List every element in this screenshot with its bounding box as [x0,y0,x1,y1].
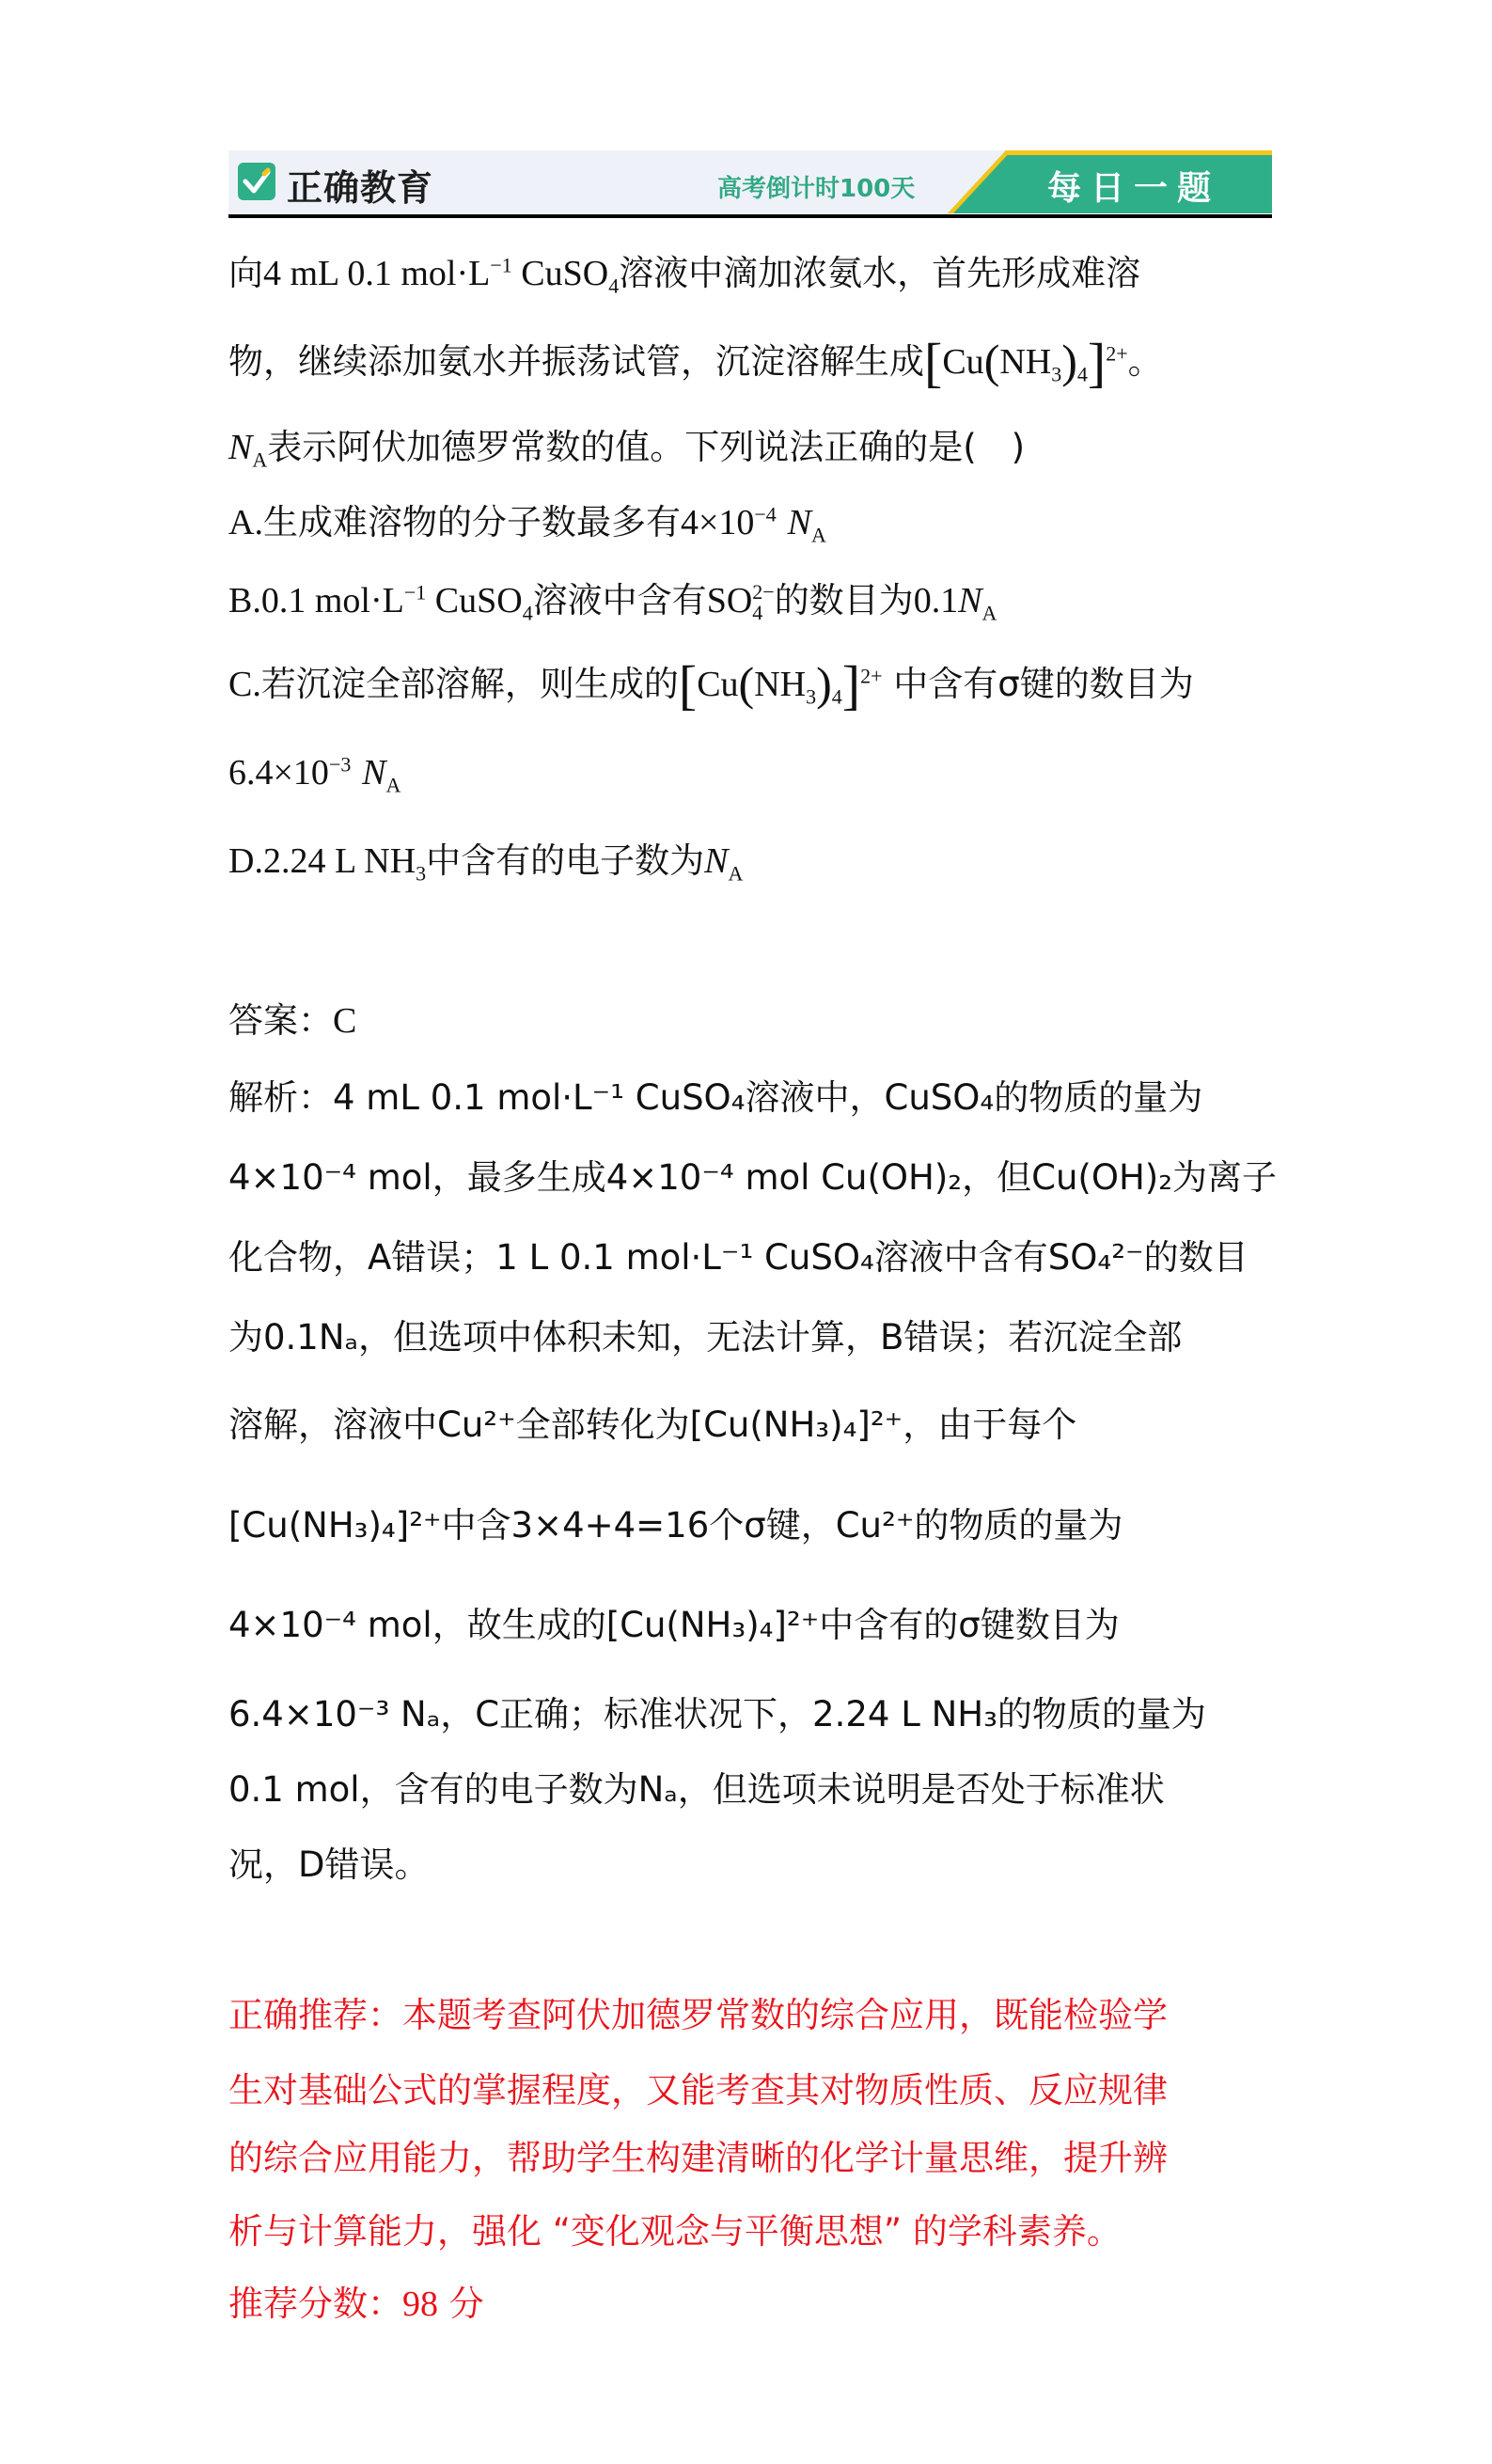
answer-value: C [333,1001,356,1041]
recommendation-line-2: 生对基础公式的掌握程度，又能考查其对物质性质、反应规律 [228,2062,1168,2112]
question-stem-line-3: NA表示阿伏加德罗常数的值。下列说法正确的是( ) [228,418,1025,469]
option-b: B.0.1 mol·L−1 CuSO4溶液中含有SO2−4的数目为0.1NA [228,572,997,623]
header-divider [228,214,1272,218]
countdown-text: 高考倒计时100天 [717,169,915,204]
analysis-line-7: 4×10⁻⁴ mol，故生成的[Cu(NH₃)₄]²⁺中含有的σ键数目为 [228,1596,1120,1647]
check-logo-icon [238,163,275,200]
analysis-line-3: 化合物，A错误；1 L 0.1 mol·L⁻¹ CuSO₄溶液中含有SO₄²⁻的… [228,1229,1249,1279]
recommended-score: 推荐分数：98 分 [228,2275,484,2326]
recommendation-line-1: 正确推荐：本题考查阿伏加德罗常数的综合应用，既能检验学 [228,1986,1168,2037]
analysis-line-6: [Cu(NH₃)₄]²⁺中含3×4+4=16个σ键，Cu²⁺的物质的量为 [228,1497,1123,1547]
analysis-label: 解析： [228,1077,333,1118]
option-d: D.2.24 L NH3中含有的电子数为NA [228,832,743,883]
recommendation-line-4: 析与计算能力，强化 “变化观念与平衡思想” 的学科素养。 [228,2203,1122,2253]
daily-question-tab: 每日一题 [948,150,1272,213]
score-value: 98 [402,2284,438,2324]
daily-question-label: 每日一题 [1047,162,1220,210]
question-stem-line-1: 向4 mL 0.1 mol·L−1 CuSO4溶液中滴加浓氨水，首先形成难溶 [228,244,1140,295]
answer-line: 答案：C [228,992,356,1043]
analysis-line-5: 溶解，溶液中Cu²⁺全部转化为[Cu(NH₃)₄]²⁺，由于每个 [228,1396,1076,1447]
analysis-line-4: 为0.1Nₐ，但选项中体积未知，无法计算，B错误；若沉淀全部 [228,1309,1182,1359]
question-stem-line-2: 物，继续添加氨水并振荡试管，沉淀溶解生成[Cu(NH3)4]2+。 [228,331,1163,394]
option-a: A.生成难溶物的分子数最多有4×10−4 NA [228,494,826,544]
option-c-line-2: 6.4×10−3 NA [228,752,400,793]
header-banner: 正确教育 高考倒计时100天 每日一题 [228,150,1272,213]
score-unit: 分 [438,2284,484,2324]
analysis-line-10: 况，D错误。 [228,1836,430,1887]
analysis-line-8: 6.4×10⁻³ Nₐ，C正确；标准状况下，2.24 L NH₃的物质的量为 [228,1686,1206,1736]
analysis-line-1: 解析：4 mL 0.1 mol·L⁻¹ CuSO₄溶液中，CuSO₄的物质的量为 [228,1069,1202,1120]
score-label: 推荐分数： [228,2284,402,2324]
option-c-line-1: C.若沉淀全部溶解，则生成的[Cu(NH3)4]2+ 中含有σ键的数目为 [228,653,1194,716]
brand-name: 正确教育 [287,159,433,211]
answer-label: 答案： [228,1000,333,1041]
recommendation-line-3: 的综合应用能力，帮助学生构建清晰的化学计量思维，提升辨 [228,2129,1168,2180]
analysis-line-2: 4×10⁻⁴ mol，最多生成4×10⁻⁴ mol Cu(OH)₂，但Cu(OH… [228,1149,1277,1200]
analysis-line-9: 0.1 mol，含有的电子数为Nₐ，但选项未说明是否处于标准状 [228,1761,1165,1812]
